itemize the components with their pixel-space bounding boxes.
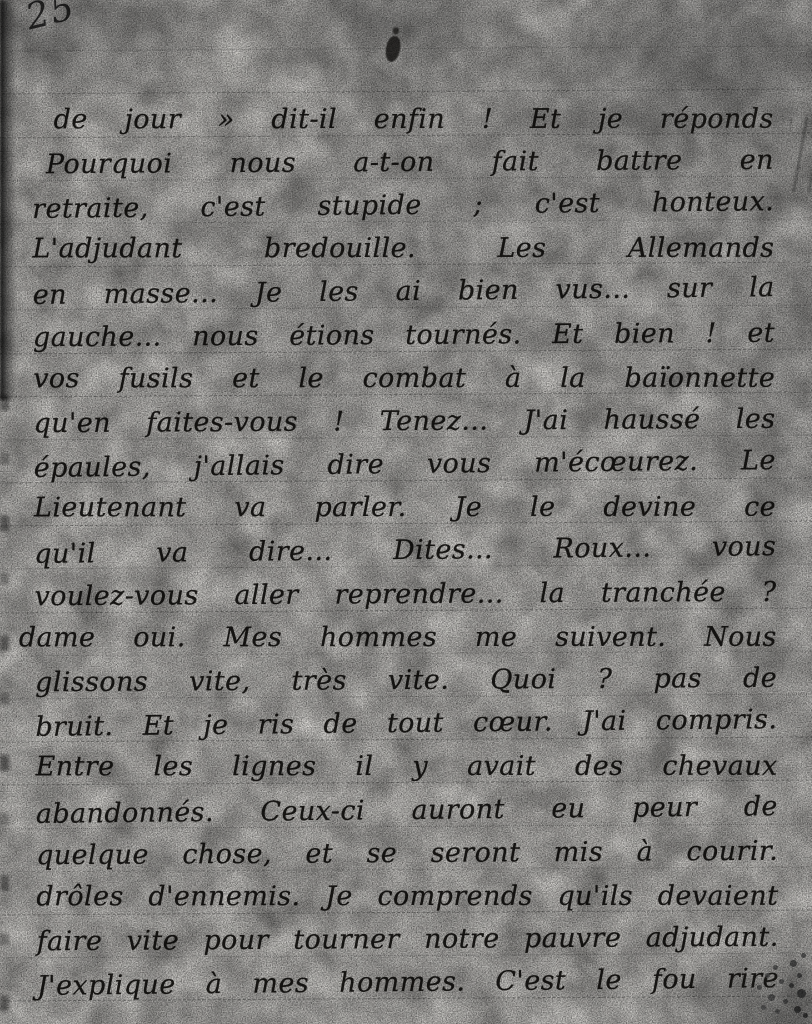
ruled-line: retraite, c'est stupide ; c'est honteux. <box>0 176 810 224</box>
ruled-line: bruit. Et je ris de tout cœur. J'ai comp… <box>1 695 812 743</box>
manuscript-line: bruit. Et je ris de tout cœur. J'ai comp… <box>35 706 777 741</box>
manuscript-line: faire vite pour tourner notre pauvre adj… <box>37 924 779 956</box>
manuscript-line: gauche... nous étions tournés. Et bien !… <box>33 319 775 351</box>
manuscript-line: qu'en faites-vous ! Tenez... J'ai haussé… <box>33 406 775 438</box>
handwritten-text: de jour » dit-il enfin ! Et je répondsPo… <box>0 4 812 1002</box>
ruled-line: de jour » dit-il enfin ! Et je réponds <box>0 90 810 138</box>
ruled-line: Lieutenant va parler. Je le devine ce <box>0 479 812 527</box>
ruled-line: qu'il va dire... Dites... Roux... vous <box>0 522 812 570</box>
manuscript-line: épaules, j'allais dire vous m'écœurez. L… <box>34 447 776 482</box>
manuscript-line: Lieutenant va parler. Je le devine ce <box>34 494 776 522</box>
manuscript-line: Entre les lignes il y avait des chevaux <box>36 753 778 781</box>
ruled-line <box>0 4 809 52</box>
manuscript-line: J'explique à mes hommes. C'est le fou ri… <box>37 965 779 1000</box>
scan-edge-marks <box>790 118 812 192</box>
manuscript-line: Pourquoi nous a-t-on fait battre en <box>46 146 774 177</box>
manuscript-line: dame oui. Mes hommes me suivent. Nous <box>19 624 777 652</box>
ruled-line: en masse... Je les ai bien vus... sur la <box>0 263 811 311</box>
ruled-line: L'adjudant bredouille. Les Allemands <box>0 219 811 267</box>
manuscript-line: retraite, c'est stupide ; c'est honteux. <box>32 188 774 223</box>
ink-splatter <box>803 1013 808 1018</box>
manuscript-line: abandonnés. Ceux-ci auront eu peur de <box>36 793 778 828</box>
ruled-line: épaules, j'allais dire vous m'écœurez. L… <box>0 435 812 483</box>
manuscript-line: quelque chose, et se seront mis à courir… <box>36 837 778 869</box>
ruled-line: Entre les lignes il y avait des chevaux <box>1 738 812 786</box>
ruled-line: gauche... nous étions tournés. Et bien !… <box>0 306 811 354</box>
ruled-line <box>0 47 809 95</box>
ruled-line: drôles d'ennemis. Je comprends qu'ils de… <box>2 867 812 915</box>
manuscript-line: vos fusils et le combat à la baïonnette <box>33 364 775 392</box>
ruled-line: quelque chose, et se seront mis à courir… <box>2 824 812 872</box>
manuscript-line: L'adjudant bredouille. Les Allemands <box>32 235 774 263</box>
manuscript-line: en masse... Je les ai bien vus... sur la <box>33 274 775 309</box>
manuscript-page: 25 de jour » dit-il enfin ! Et je répond… <box>0 0 812 1024</box>
ruled-line: abandonnés. Ceux-ci auront eu peur de <box>2 781 812 829</box>
manuscript-line: drôles d'ennemis. Je comprends qu'ils de… <box>36 883 778 911</box>
manuscript-line: de jour » dit-il enfin ! Et je réponds <box>54 105 774 133</box>
ruled-line: J'explique à mes hommes. C'est le fou ri… <box>3 954 812 1002</box>
ruled-line: glissons vite, très vite. Quoi ? pas de <box>1 651 812 699</box>
binding-shadow <box>0 0 16 400</box>
ruled-line: voulez-vous aller reprendre... la tranch… <box>0 565 812 613</box>
ruled-line: vos fusils et le combat à la baïonnette <box>0 349 811 397</box>
ruled-line: faire vite pour tourner notre pauvre adj… <box>3 910 812 958</box>
ruled-line: Pourquoi nous a-t-on fait battre en <box>0 133 810 181</box>
manuscript-line: voulez-vous aller reprendre... la tranch… <box>34 578 776 610</box>
manuscript-line: glissons vite, très vite. Quoi ? pas de <box>35 665 777 697</box>
manuscript-line: qu'il va dire... Dites... Roux... vous <box>34 534 776 569</box>
ruled-line: qu'en faites-vous ! Tenez... J'ai haussé… <box>0 392 812 440</box>
ruled-line: dame oui. Mes hommes me suivent. Nous <box>1 608 812 656</box>
